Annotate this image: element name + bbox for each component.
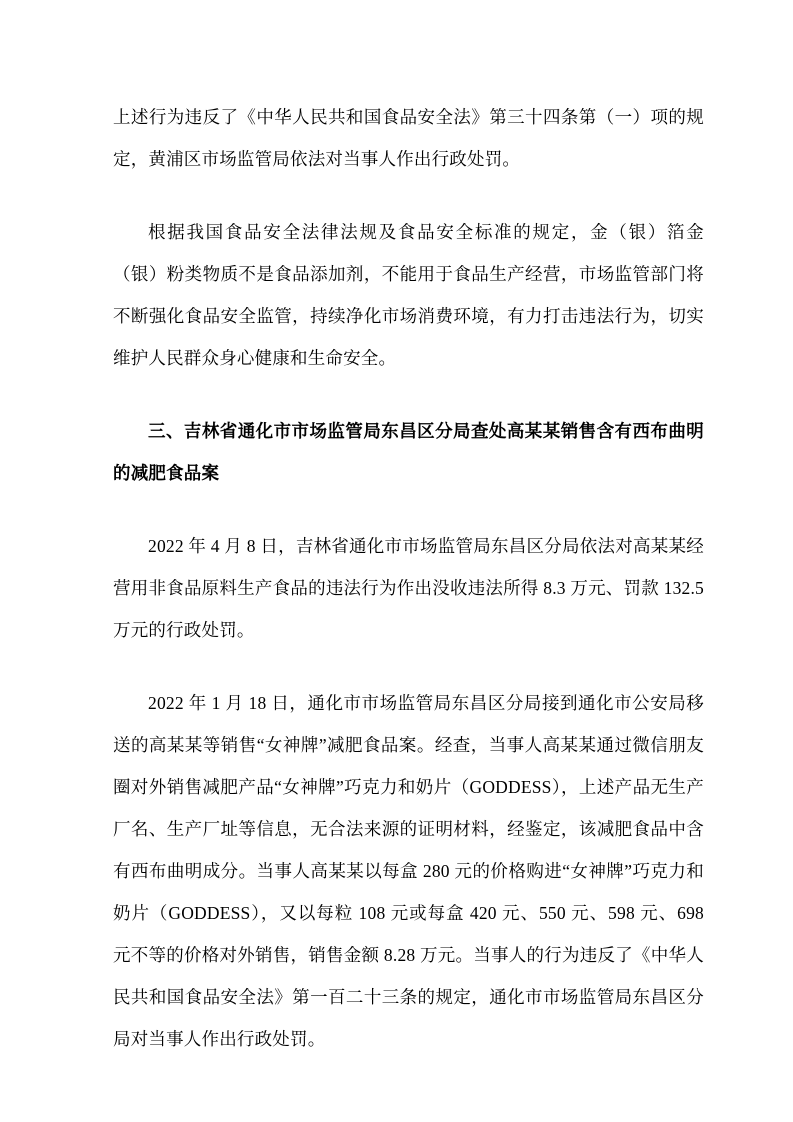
document-text-block: 上述行为违反了《中华人民共和国食品安全法》第三十四条第（一）项的规定，黄浦区市场…	[113, 96, 704, 1060]
paragraph-case-details: 2022 年 1 月 18 日，通化市市场监管局东昌区分局接到通化市公安局移送的…	[113, 682, 704, 1060]
paragraph-penalty-decision: 2022 年 4 月 8 日，吉林省通化市市场监管局东昌区分局依法对高某某经营用…	[113, 525, 704, 651]
paragraph-violation-ruling: 上述行为违反了《中华人民共和国食品安全法》第三十四条第（一）项的规定，黄浦区市场…	[113, 96, 704, 180]
paragraph-regulation-statement: 根据我国食品安全法律法规及食品安全标准的规定，金（银）箔金（银）粉类物质不是食品…	[113, 211, 704, 379]
document-page: 上述行为违反了《中华人民共和国食品安全法》第三十四条第（一）项的规定，黄浦区市场…	[0, 0, 793, 1122]
section-heading-case-three: 三、吉林省通化市市场监管局东昌区分局查处高某某销售含有西布曲明的减肥食品案	[113, 410, 704, 494]
